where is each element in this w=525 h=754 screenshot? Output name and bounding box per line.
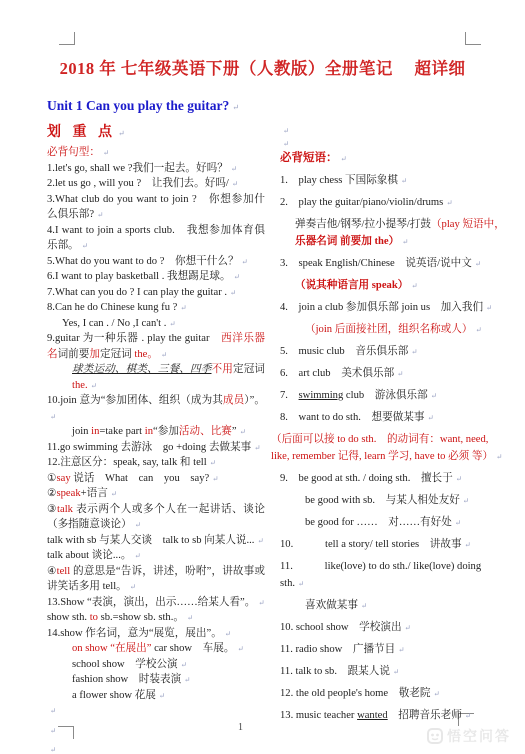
text-line: 8. want to do sth. 想要做某事 <box>280 409 505 426</box>
document-title: 2018 年 七年级英语下册（人教版）全册笔记 超详细 <box>0 55 525 79</box>
text-line: a flower show 花展 <box>47 688 265 704</box>
text-line: Yes, I can . / No ,I can't . <box>47 316 265 332</box>
text-line: 10. tell a story/ tell stories 讲故事 <box>280 536 505 553</box>
text-run: to <box>90 612 98 623</box>
text-run: 11. talk to sb. 跟某人说 <box>280 666 390 677</box>
text-run: ② <box>47 488 57 499</box>
text-line: 11. talk to sb. 跟某人说 <box>280 663 505 680</box>
text-run: 8. want to do sth. 想要做某事 <box>280 412 424 423</box>
text-line: 弹奏吉他/钢琴/拉小提琴/打鼓（play 短语中，乐器名词 前要加 the） <box>280 216 505 250</box>
text-run: 5.What do you want to do ? 你想干什么？ <box>47 256 239 267</box>
text-run: the。 <box>134 349 158 360</box>
text-run: 12. the old people's home 敬老院 <box>280 688 431 699</box>
text-run: 说话 What can you say? <box>71 473 210 484</box>
text-line: 6. art club 美术俱乐部 <box>280 365 505 382</box>
text-line: 3.What club do you want to join ? 你想参加什么… <box>47 192 265 223</box>
text-run: 4. join a club 参加俱乐部 join us 加入我们 <box>280 302 483 313</box>
text-run: sb.=show sb. sth.。 <box>98 612 184 623</box>
text-run: 的意思是“告诉，讲述，吩咐”，讲故事或讲笑话多用 tell。 <box>47 566 265 593</box>
left-column: 划 重 点 必背句型：1.let's go, shall we ?我们一起去。好… <box>47 124 265 754</box>
text-line: 11. like(love) to do sth./ like(love) do… <box>280 558 505 592</box>
text-run: 喜欢做某事 <box>305 600 358 611</box>
paragraph-mark <box>47 723 265 743</box>
text-line: be good for …… 对……有好处 <box>280 514 505 531</box>
text-run: 13.Show “表演，演出，出示……给某人看”。 <box>47 597 255 608</box>
text-line: 4. join a club 参加俱乐部 join us 加入我们 <box>280 299 505 316</box>
text-run: 6.I want to play basketball . 我想踢足球。 <box>47 271 231 282</box>
text-run: ）”。 <box>244 395 265 406</box>
text-run: join <box>72 426 91 437</box>
text-run: =take part <box>99 426 144 437</box>
text-line: 9.guitar 为一种乐器 . play the guitar 西洋乐器名词前… <box>47 331 265 362</box>
paragraph-mark <box>47 742 265 754</box>
text-run: 3. speak English/Chinese 说英语/说中文 <box>280 258 472 269</box>
text-line: talk about 谈论...。 <box>47 548 265 564</box>
text-run: tell <box>57 566 71 577</box>
watermark: 悟空问答 <box>427 726 511 746</box>
text-run: in <box>145 426 153 437</box>
text-run: be good with sb. 与某人相处友好 <box>305 495 460 506</box>
text-line: 14.show 作名词，意为“展览，展出”。 <box>47 626 265 642</box>
text-line: 必背短语： <box>280 150 505 167</box>
paragraph-mark <box>280 124 505 137</box>
text-run: 10. school show 学校演出 <box>280 622 402 633</box>
text-run: 11. like(love) to do sth./ like(love) do… <box>280 561 481 589</box>
text-line: 10.join 意为“参加团体、组织（成为其成员）”。 <box>47 393 265 424</box>
text-run: talk with sb 与某人交谈 talk to sb 向某人说... <box>47 535 254 546</box>
text-line: 4.I want to join a sports club. 我想参加体育俱乐… <box>47 223 265 254</box>
text-run: 成员 <box>223 395 244 406</box>
text-line: 必背句型： <box>47 145 265 161</box>
text-line: ③talk 表示两个人或多个人在一起讲话、谈论（多指随意谈论） <box>47 502 265 533</box>
text-line: （说其种语言用 speak） <box>280 277 505 294</box>
text-run: ③ <box>47 504 57 515</box>
text-run: 必背句型： <box>47 147 100 158</box>
text-run: 招聘音乐老师 <box>388 710 462 721</box>
text-run: 9.guitar 为一种乐器 . play the guitar <box>47 333 221 344</box>
text-run: 2.let us go , will you ? 让我们去。好吗/ <box>47 178 229 189</box>
text-run: wanted <box>357 710 388 721</box>
text-line: 8.Can he do Chinese kung fu ? <box>47 300 265 316</box>
text-run: 定冠词 <box>233 364 265 375</box>
text-run: 10. tell a story/ tell stories 讲故事 <box>280 539 462 550</box>
text-run: 2. play the guitar/piano/violin/drums <box>280 197 443 208</box>
text-line: 11. radio show 广播节目 <box>280 641 505 658</box>
text-run: +语言 <box>81 488 108 499</box>
paragraph-mark <box>280 137 505 150</box>
text-line: fashion show 时装表演 <box>47 672 265 688</box>
text-line: 12. the old people's home 敬老院 <box>280 685 505 702</box>
text-run: ① <box>47 473 57 484</box>
text-run: 5. music club 音乐俱乐部 <box>280 346 408 357</box>
page-number: 1 <box>238 722 243 733</box>
crop-mark-top-left <box>59 32 75 45</box>
text-line: 12.注意区分：speak, say, talk 和 tell <box>47 455 265 471</box>
text-run: （play 短语中， <box>431 219 505 230</box>
text-line: join in=take part in“参加活动、比赛” <box>47 424 265 440</box>
text-run: on show “在展出” <box>72 643 151 654</box>
document-page: 2018 年 七年级英语下册（人教版）全册笔记 超详细 Unit 1 Can y… <box>0 0 525 754</box>
text-run: car show 车展。 <box>151 643 234 654</box>
text-line: 3. speak English/Chinese 说英语/说中文 <box>280 255 505 272</box>
text-run: （join 后面接社团，组织名称或人） <box>305 324 472 335</box>
text-run: 14.show 作名词，意为“展览，展出”。 <box>47 628 222 639</box>
text-run: talk <box>57 504 73 515</box>
text-run: fashion show 时装表演 <box>72 674 181 685</box>
text-run: speak <box>57 488 81 499</box>
text-line: 6.I want to play basketball . 我想踢足球。 <box>47 269 265 285</box>
text-line: ④tell 的意思是“告诉，讲述，吩咐”，讲故事或讲笑话多用 tell。 <box>47 564 265 595</box>
text-run: 11. radio show 广播节目 <box>280 644 395 655</box>
text-line: 11.go swimming 去游泳 go +doing 去做某事 <box>47 440 265 456</box>
left-column-lines: 必背句型：1.let's go, shall we ?我们一起去。好吗？2.le… <box>47 145 265 754</box>
text-run: 12.注意区分：speak, say, talk 和 tell <box>47 457 207 468</box>
text-run: 9. be good at sth. / doing sth. 擅长于 <box>280 473 453 484</box>
text-run: 弹奏吉他/钢琴/拉小提琴/打鼓 <box>295 219 431 230</box>
text-line: 13. music teacher wanted 招聘音乐老师 <box>280 707 505 724</box>
text-run: 表示两个人或多个人在一起讲话、谈论（多指随意谈论） <box>47 504 265 531</box>
section-title-key-points: 划 重 点 <box>47 124 265 143</box>
text-run: ④ <box>47 566 57 577</box>
text-run: the. <box>72 380 88 391</box>
text-run: 3.What club do you want to join ? 你想参加什么… <box>47 194 265 221</box>
text-run: swimming <box>299 390 344 401</box>
text-run: 1. play chess 下国际象棋 <box>280 175 398 186</box>
text-run: 球类运动、棋类、三餐、四季 <box>72 364 212 375</box>
text-line: 球类运动、棋类、三餐、四季不用定冠词 the. <box>47 362 265 393</box>
text-line: 5. music club 音乐俱乐部 <box>280 343 505 360</box>
text-run: 8.Can he do Chinese kung fu ? <box>47 302 177 313</box>
text-run: （后面可以接 to do sth. 的动词有：want, need, like,… <box>271 434 493 462</box>
text-line: 1. play chess 下国际象棋 <box>280 172 505 189</box>
text-line: （后面可以接 to do sth. 的动词有：want, need, like,… <box>271 431 505 465</box>
watermark-text: 悟空问答 <box>447 726 511 746</box>
text-run: talk about 谈论...。 <box>47 550 131 561</box>
text-line: 5.What do you want to do ? 你想干什么？ <box>47 254 265 270</box>
text-line: （join 后面接社团，组织名称或人） <box>280 321 505 338</box>
text-line: ①say 说话 What can you say? <box>47 471 265 487</box>
text-line: talk with sb 与某人交谈 talk to sb 向某人说... <box>47 533 265 549</box>
text-run: club 游泳俱乐部 <box>343 390 427 401</box>
text-run: 不用 <box>212 364 233 375</box>
text-run: 乐器名词 前要加 the） <box>295 236 399 247</box>
text-line: 9. be good at sth. / doing sth. 擅长于 <box>280 470 505 487</box>
text-line: 2.let us go , will you ? 让我们去。好吗/ <box>47 176 265 192</box>
text-run: 1.let's go, shall we ?我们一起去。好吗？ <box>47 163 228 174</box>
text-line: 7. swimming club 游泳俱乐部 <box>280 387 505 404</box>
text-line: 喜欢做某事 <box>280 597 505 614</box>
text-run: 必背短语： <box>280 152 338 164</box>
text-run: a flower show 花展 <box>72 690 156 701</box>
text-run: 活动、比赛 <box>179 426 232 437</box>
text-run: school show 学校公演 <box>72 659 178 670</box>
two-column-layout: 划 重 点 必背句型：1.let's go, shall we ?我们一起去。好… <box>47 124 505 754</box>
text-line: 10. school show 学校演出 <box>280 619 505 636</box>
paragraph-mark <box>47 703 265 723</box>
text-line: 1.let's go, shall we ?我们一起去。好吗？ <box>47 161 265 177</box>
text-run: say <box>57 473 71 484</box>
text-run: 13. music teacher <box>280 710 357 721</box>
text-run: （说其种语言用 speak） <box>295 280 408 291</box>
text-line: 13.Show “表演，演出，出示……给某人看”。 <box>47 595 265 611</box>
crop-mark-top-right <box>465 32 481 45</box>
text-run: 词前要 <box>58 349 90 360</box>
text-line: ②speak+语言 <box>47 486 265 502</box>
text-run: “参加 <box>153 426 179 437</box>
right-column: 必背短语：1. play chess 下国际象棋2. play the guit… <box>280 124 505 754</box>
text-line: 2. play the guitar/piano/violin/drums <box>280 194 505 211</box>
text-line: 7.What can you do ? I can play the guita… <box>47 285 265 301</box>
text-run: 10.join 意为“参加团体、组织（成为其 <box>47 395 223 406</box>
text-run: 6. art club 美术俱乐部 <box>280 368 394 379</box>
text-line: on show “在展出” car show 车展。 <box>47 641 265 657</box>
text-line: school show 学校公演 <box>47 657 265 673</box>
text-run: be good for …… 对……有好处 <box>305 517 452 528</box>
text-run: 4.I want to join a sports club. 我想参加体育俱乐… <box>47 225 265 252</box>
right-column-lines: 必背短语：1. play chess 下国际象棋2. play the guit… <box>280 124 505 724</box>
text-run: 7. <box>280 390 299 401</box>
text-run: 定冠词 <box>100 349 134 360</box>
text-run: 7.What can you do ? I can play the guita… <box>47 287 227 298</box>
text-line: show sth. to sb.=show sb. sth.。 <box>47 610 265 626</box>
text-run: Yes, I can . / No ,I can't . <box>62 318 166 329</box>
text-line: be good with sb. 与某人相处友好 <box>280 492 505 509</box>
unit-heading: Unit 1 Can you play the guitar? <box>47 98 239 114</box>
wukong-logo-icon <box>427 728 443 744</box>
text-run: 加 <box>89 349 100 360</box>
text-run: ” <box>232 426 237 437</box>
text-run: 11.go swimming 去游泳 go +doing 去做某事 <box>47 442 251 453</box>
text-run: show sth. <box>47 612 90 623</box>
